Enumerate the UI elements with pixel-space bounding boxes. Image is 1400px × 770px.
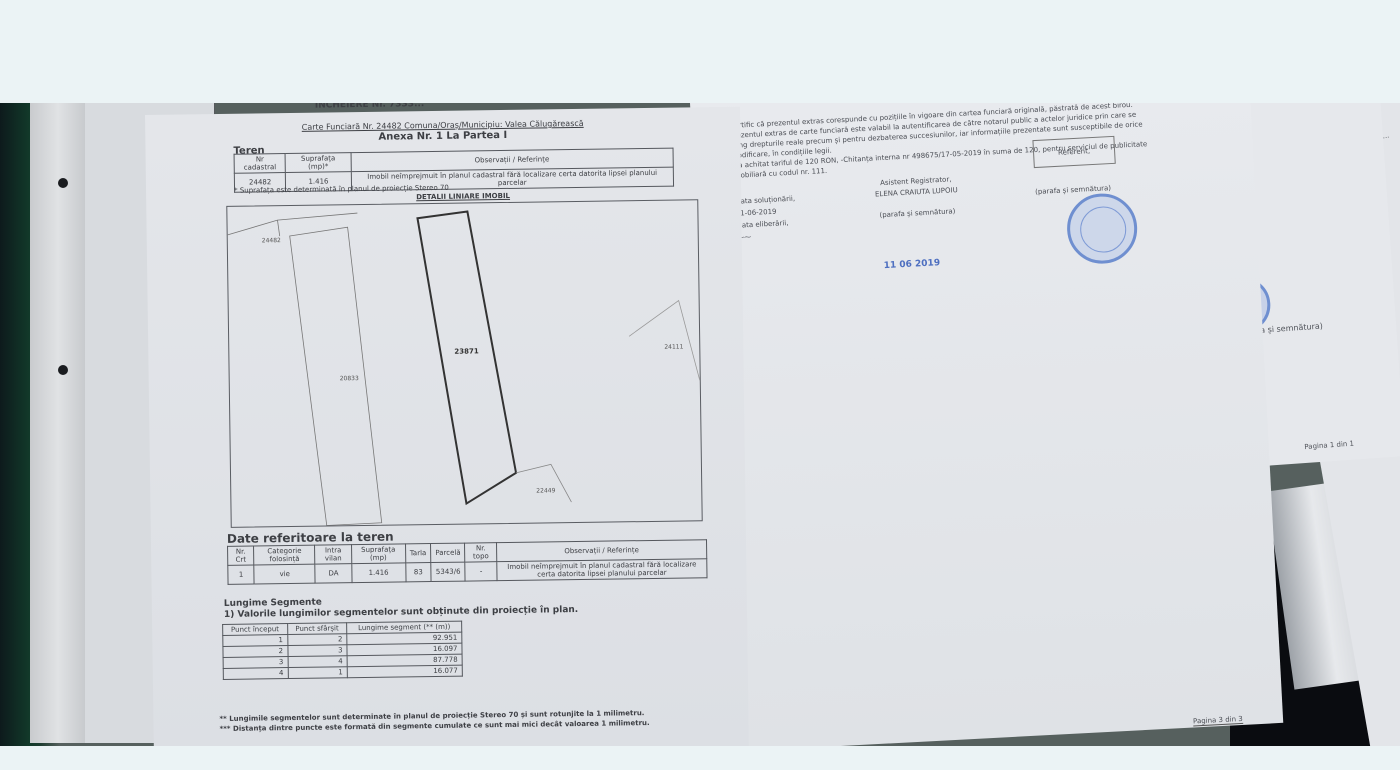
column-header: Intra vilan bbox=[315, 545, 352, 565]
page-number: Pagina 3 din 3 bbox=[1193, 715, 1243, 727]
table-cell: 2 bbox=[223, 646, 288, 658]
segments-table: Punct începutPunct sfârșitLungime segmen… bbox=[222, 621, 463, 680]
dates-block: Data soluționării, 11-06-2019 Data elibe… bbox=[735, 193, 797, 244]
table-cell: 3 bbox=[223, 657, 288, 669]
asistent-sign: (parafa și semnătura) bbox=[876, 206, 959, 221]
certification-page: Certific că prezentul extras corespunde … bbox=[690, 103, 1283, 746]
blue-date-mark: 11 06 2019 bbox=[884, 258, 941, 271]
cadastral-plan: 24482 23871 20833 24111 22449 bbox=[226, 199, 702, 528]
plan-drawing: 24482 23871 20833 24111 22449 bbox=[227, 200, 701, 527]
table-cell: DA bbox=[315, 564, 352, 584]
table-cell: vie bbox=[254, 564, 315, 584]
table-cell: 1.416 bbox=[351, 563, 405, 583]
column-header: Nr cadastral bbox=[234, 154, 286, 174]
punch-hole bbox=[58, 365, 68, 375]
table-cell: 1 bbox=[223, 635, 288, 647]
column-header: Suprafața (mp)* bbox=[285, 153, 350, 173]
table-cell: 4 bbox=[223, 668, 288, 680]
table-cell: 1 bbox=[288, 667, 348, 679]
table-cell: 5343/6 bbox=[431, 562, 466, 581]
date-teren-table: Nr. CrtCategorie folosințăIntra vilanSup… bbox=[227, 539, 707, 585]
column-header: Categorie folosință bbox=[254, 545, 315, 565]
segments-title: Lungime Segmente 1) Valorile lungimilor … bbox=[224, 594, 579, 621]
column-header: Punct început bbox=[223, 624, 288, 636]
table-cell: Imobil neîmprejmuit în planul cadastral … bbox=[497, 559, 707, 581]
asistent-block: Asistent Registrator, ELENA CRAIUTA LUPO… bbox=[874, 174, 959, 221]
parcel-label: 22449 bbox=[536, 487, 555, 494]
table-cell: 3 bbox=[288, 645, 348, 657]
page-number: Pagina 1 din 1 bbox=[1304, 440, 1354, 451]
table-row: 4116.077 bbox=[223, 665, 462, 679]
parcel-label: 20833 bbox=[340, 375, 359, 382]
blue-stamp bbox=[1065, 192, 1139, 266]
document-photo: Regi Jud. I-Com Rinsi7/19docu-ChipeniVal… bbox=[0, 103, 1400, 746]
table-cell: 2 bbox=[287, 634, 347, 646]
incheiere-header: INCHEIERE Nr. 7333... bbox=[315, 103, 425, 111]
column-header: Punct sfârșit bbox=[287, 623, 347, 635]
column-header: Nr. topo bbox=[465, 543, 497, 562]
table-cell: - bbox=[465, 562, 497, 581]
parcel-label: 24482 bbox=[262, 237, 281, 244]
annex-page: INCHEIERE Nr. 7333... Carte Funciară Nr.… bbox=[145, 107, 749, 746]
parcel-label: 24111 bbox=[664, 344, 683, 351]
parcel-label: 23871 bbox=[454, 347, 479, 355]
table-cell: 4 bbox=[288, 656, 348, 668]
referent-box: Referent, bbox=[1032, 136, 1115, 168]
column-header: Parcelă bbox=[431, 543, 466, 562]
punch-hole bbox=[58, 178, 68, 188]
column-header: Tarla bbox=[405, 544, 431, 563]
table-cell: 16.077 bbox=[347, 665, 462, 678]
column-header: Nr. Crt bbox=[228, 546, 254, 565]
table-cell: 1 bbox=[228, 565, 254, 584]
table-cell: 83 bbox=[405, 563, 431, 582]
plan-title: DETALII LINIARE IMOBIL bbox=[416, 192, 510, 201]
column-header: Suprafața (mp) bbox=[351, 544, 405, 564]
segment-footnotes: ** Lungimile segmentelor sunt determinat… bbox=[219, 708, 649, 734]
